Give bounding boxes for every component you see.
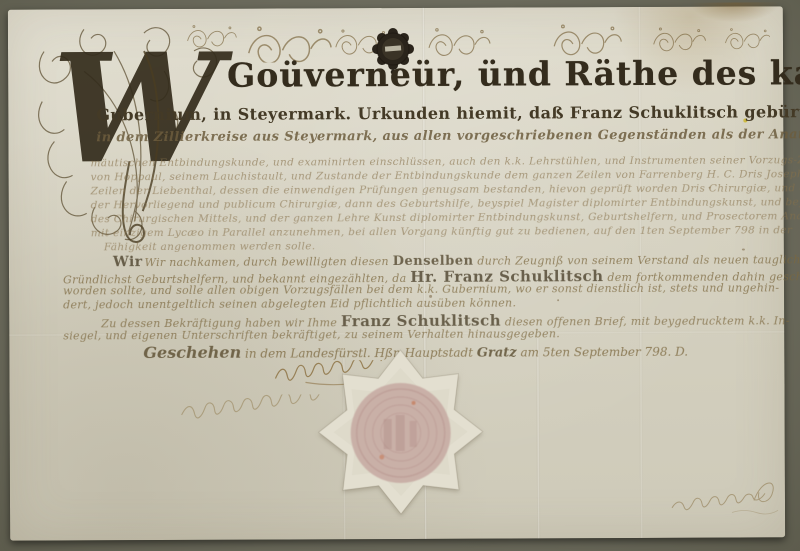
body-line: Fähigkeit angenommen werden solle.: [104, 240, 316, 253]
fox-speck: [742, 248, 745, 250]
body-line: des Chirurgischen Mittels, und der ganze…: [91, 210, 800, 225]
embossed-seal: [315, 347, 486, 518]
body-line: mäutischen Entbindungskunde, und examini…: [90, 154, 800, 169]
body-line: dert, jedoch unentgeltlich seinen abgele…: [63, 296, 516, 311]
vertical-crease-seal-right: [536, 337, 540, 538]
parchment-document: W Goüverneür, ünd Räthe des kaiser‑könig…: [8, 6, 785, 540]
para2-line1-pre: Wir nachkamen, durch bewilligten diesen: [145, 255, 393, 269]
headline-text: Goüverneür, ünd Räthe des kaiser‑königl: [227, 52, 800, 94]
body-line: siegel, und eigenen Unterschriften bekrä…: [63, 327, 560, 342]
body-line: der Hervorliegend und publicum Chirurgiæ…: [91, 196, 800, 211]
para2-initial: Wir: [113, 254, 143, 270]
body-line: mit einzigem Lycæo in Parallel anzunehme…: [91, 224, 793, 239]
photo-background: W Goüverneür, ünd Räthe des kaiser‑könig…: [0, 0, 800, 551]
fox-speck: [557, 299, 559, 301]
para2-line1-post: durch Zeugniß von seinem Verstand als ne…: [473, 253, 800, 268]
body-line: von Hoppaul, seinem Lauchistault, und Zu…: [91, 168, 800, 183]
heading-line2: Gubernium, in Steyermark. Urkunden hiemi…: [96, 102, 800, 125]
heading-line3: in dem Zillierkreise aus Steyermark, aus…: [96, 127, 800, 146]
body-line: worden sollte, und solle allen obigen Vo…: [63, 281, 779, 297]
para2-line1-bold: Denselben: [393, 254, 474, 269]
corner-mark: [730, 504, 780, 520]
headline: Goüverneür, ünd Räthe des kaiser‑königle…: [227, 52, 800, 95]
dateline-post: am 5ten September 798. D.: [517, 345, 689, 360]
seal-impression: [350, 383, 450, 483]
body-line: Zeilen der Liebenthal, dessen die einwen…: [91, 182, 800, 197]
dateline-word: Geschehen: [143, 343, 241, 362]
